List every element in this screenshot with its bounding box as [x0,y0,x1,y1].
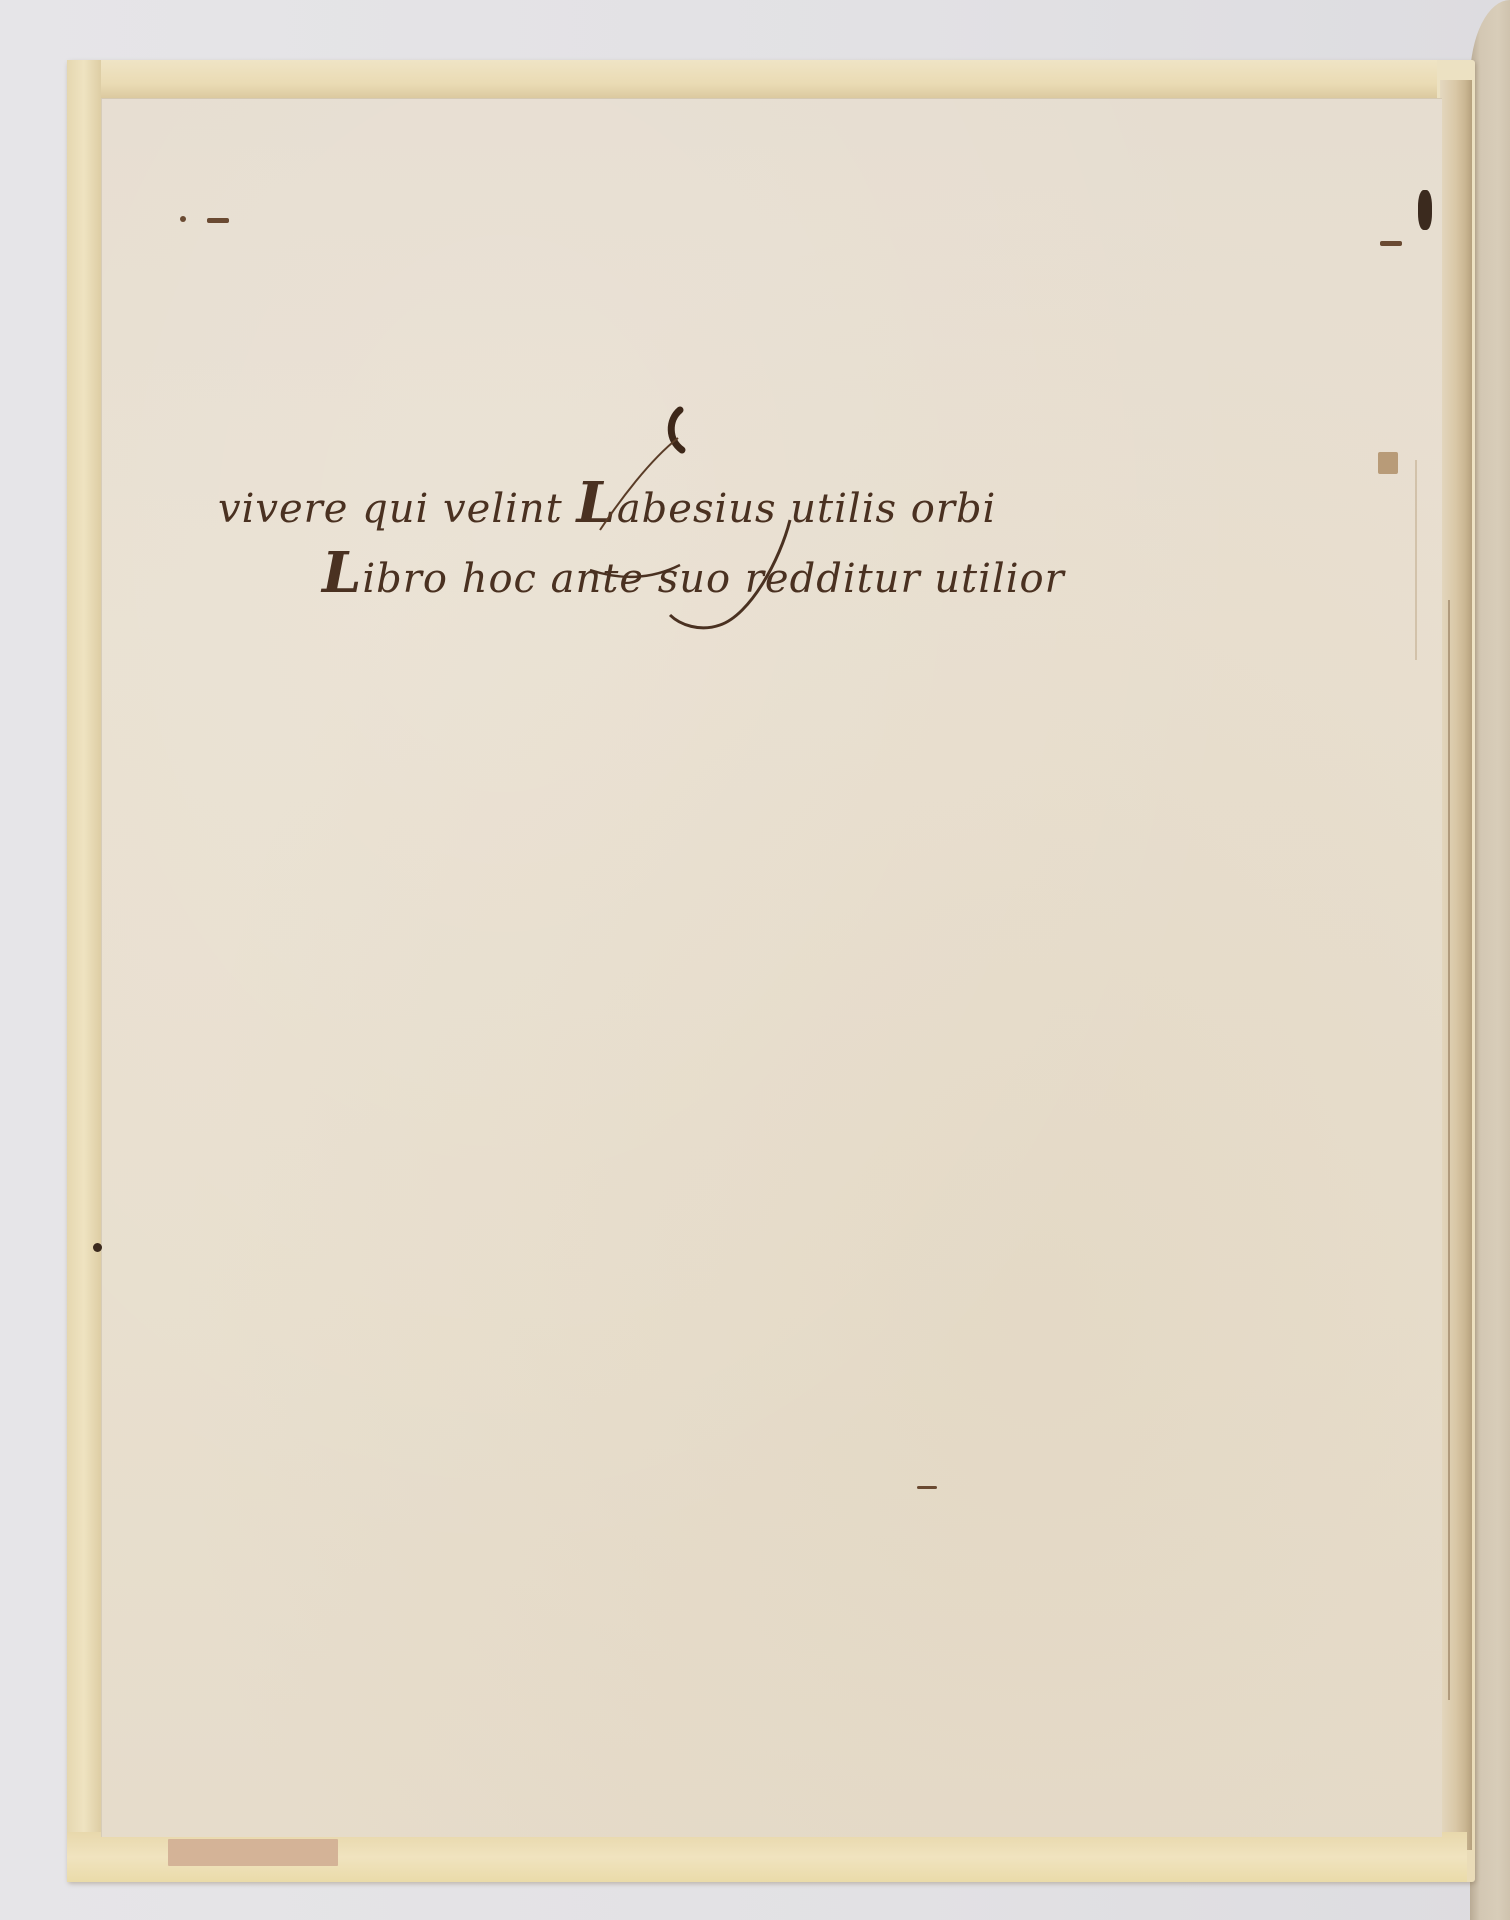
ink-mark [1380,241,1402,246]
paper-label-patch [168,1839,338,1866]
cover-turnin-left [67,60,101,1882]
inscription-line-1-main: abesius utilis orbi [617,486,997,532]
inscription-line-2-main: ibro hoc ante suo redditur utilior [362,556,1064,602]
inscription-line-1-prefix: vivere qui velint [218,486,576,532]
pastedown-leaf [101,98,1442,1837]
inscription-line-1-initial: L [576,470,616,536]
ink-dot [180,216,186,222]
spine-crease [1448,600,1450,1700]
inscription-line-2: Libro hoc ante suo redditur utilior [322,540,1065,606]
ink-mark [207,218,229,223]
binding-tab [1378,452,1398,474]
inscription-line-1: vivere qui velint Labesius utilis orbi [218,470,996,536]
facing-page-edge [1470,0,1510,1920]
inscription-line-2-initial: L [322,540,362,606]
ink-mark [917,1486,937,1489]
spine-edge [1440,80,1472,1850]
cover-turnin-top [67,60,1437,100]
spine-crease [1415,460,1417,660]
wormhole [1418,190,1432,230]
wormhole [93,1243,102,1252]
